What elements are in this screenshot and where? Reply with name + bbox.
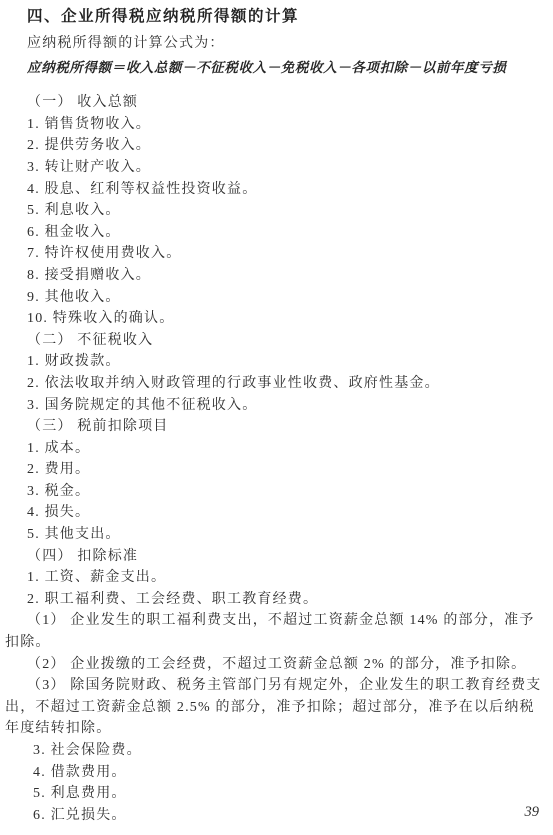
list-item: 3. 税金。	[5, 481, 547, 503]
list-item: 4. 借款费用。	[5, 762, 547, 784]
section-heading: （一） 收入总额	[5, 92, 547, 114]
section-heading: （三） 税前扣除项目	[5, 416, 547, 438]
list-item: 10. 特殊收入的确认。	[5, 308, 547, 330]
list-item: 1. 销售货物收入。	[5, 114, 547, 136]
list-item: （2） 企业拨缴的工会经费，不超过工资薪金总额 2% 的部分，准予扣除。	[5, 654, 547, 676]
document-content: 四、企业所得税应纳税所得额的计算 应纳税所得额的计算公式为： 应纳税所得额＝收入…	[0, 0, 553, 826]
list-item: （3） 除国务院财政、税务主管部门另有规定外，企业发生的职工教育经费支出，不超过…	[5, 675, 547, 740]
intro-paragraph: 应纳税所得额的计算公式为：	[5, 33, 547, 55]
list-item: 6. 汇兑损失。	[5, 805, 547, 827]
section-heading: （四） 扣除标准	[5, 546, 547, 568]
page-title: 四、企业所得税应纳税所得额的计算	[5, 5, 547, 29]
list-item: 2. 费用。	[5, 459, 547, 481]
list-item: 5. 利息收入。	[5, 200, 547, 222]
list-item: 1. 成本。	[5, 438, 547, 460]
list-item: 3. 转让财产收入。	[5, 157, 547, 179]
document-page: 四、企业所得税应纳税所得额的计算 应纳税所得额的计算公式为： 应纳税所得额＝收入…	[0, 0, 553, 835]
list-item: 2. 提供劳务收入。	[5, 135, 547, 157]
list-item: （1） 企业发生的职工福利费支出，不超过工资薪金总额 14% 的部分，准予扣除。	[5, 610, 547, 653]
list-item: 2. 职工福利费、工会经费、职工教育经费。	[5, 589, 547, 611]
list-item: 8. 接受捐赠收入。	[5, 265, 547, 287]
list-item: 6. 租金收入。	[5, 222, 547, 244]
list-item: 1. 工资、薪金支出。	[5, 567, 547, 589]
taxable-income-formula: 应纳税所得额＝收入总额－不征税收入－免税收入－各项扣除－以前年度亏损	[5, 57, 547, 79]
list-item: 7. 特许权使用费收入。	[5, 243, 547, 265]
list-item: 4. 股息、红利等权益性投资收益。	[5, 179, 547, 201]
list-item: 4. 损失。	[5, 502, 547, 524]
page-number: 39	[525, 804, 540, 821]
list-item: 3. 社会保险费。	[5, 740, 547, 762]
document-body: （一） 收入总额1. 销售货物收入。2. 提供劳务收入。3. 转让财产收入。4.…	[5, 92, 547, 826]
section-heading: （二） 不征税收入	[5, 330, 547, 352]
list-item: 1. 财政拨款。	[5, 351, 547, 373]
list-item: 9. 其他收入。	[5, 287, 547, 309]
list-item: 3. 国务院规定的其他不征税收入。	[5, 395, 547, 417]
list-item: 2. 依法收取并纳入财政管理的行政事业性收费、政府性基金。	[5, 373, 547, 395]
list-item: 5. 利息费用。	[5, 783, 547, 805]
list-item: 5. 其他支出。	[5, 524, 547, 546]
